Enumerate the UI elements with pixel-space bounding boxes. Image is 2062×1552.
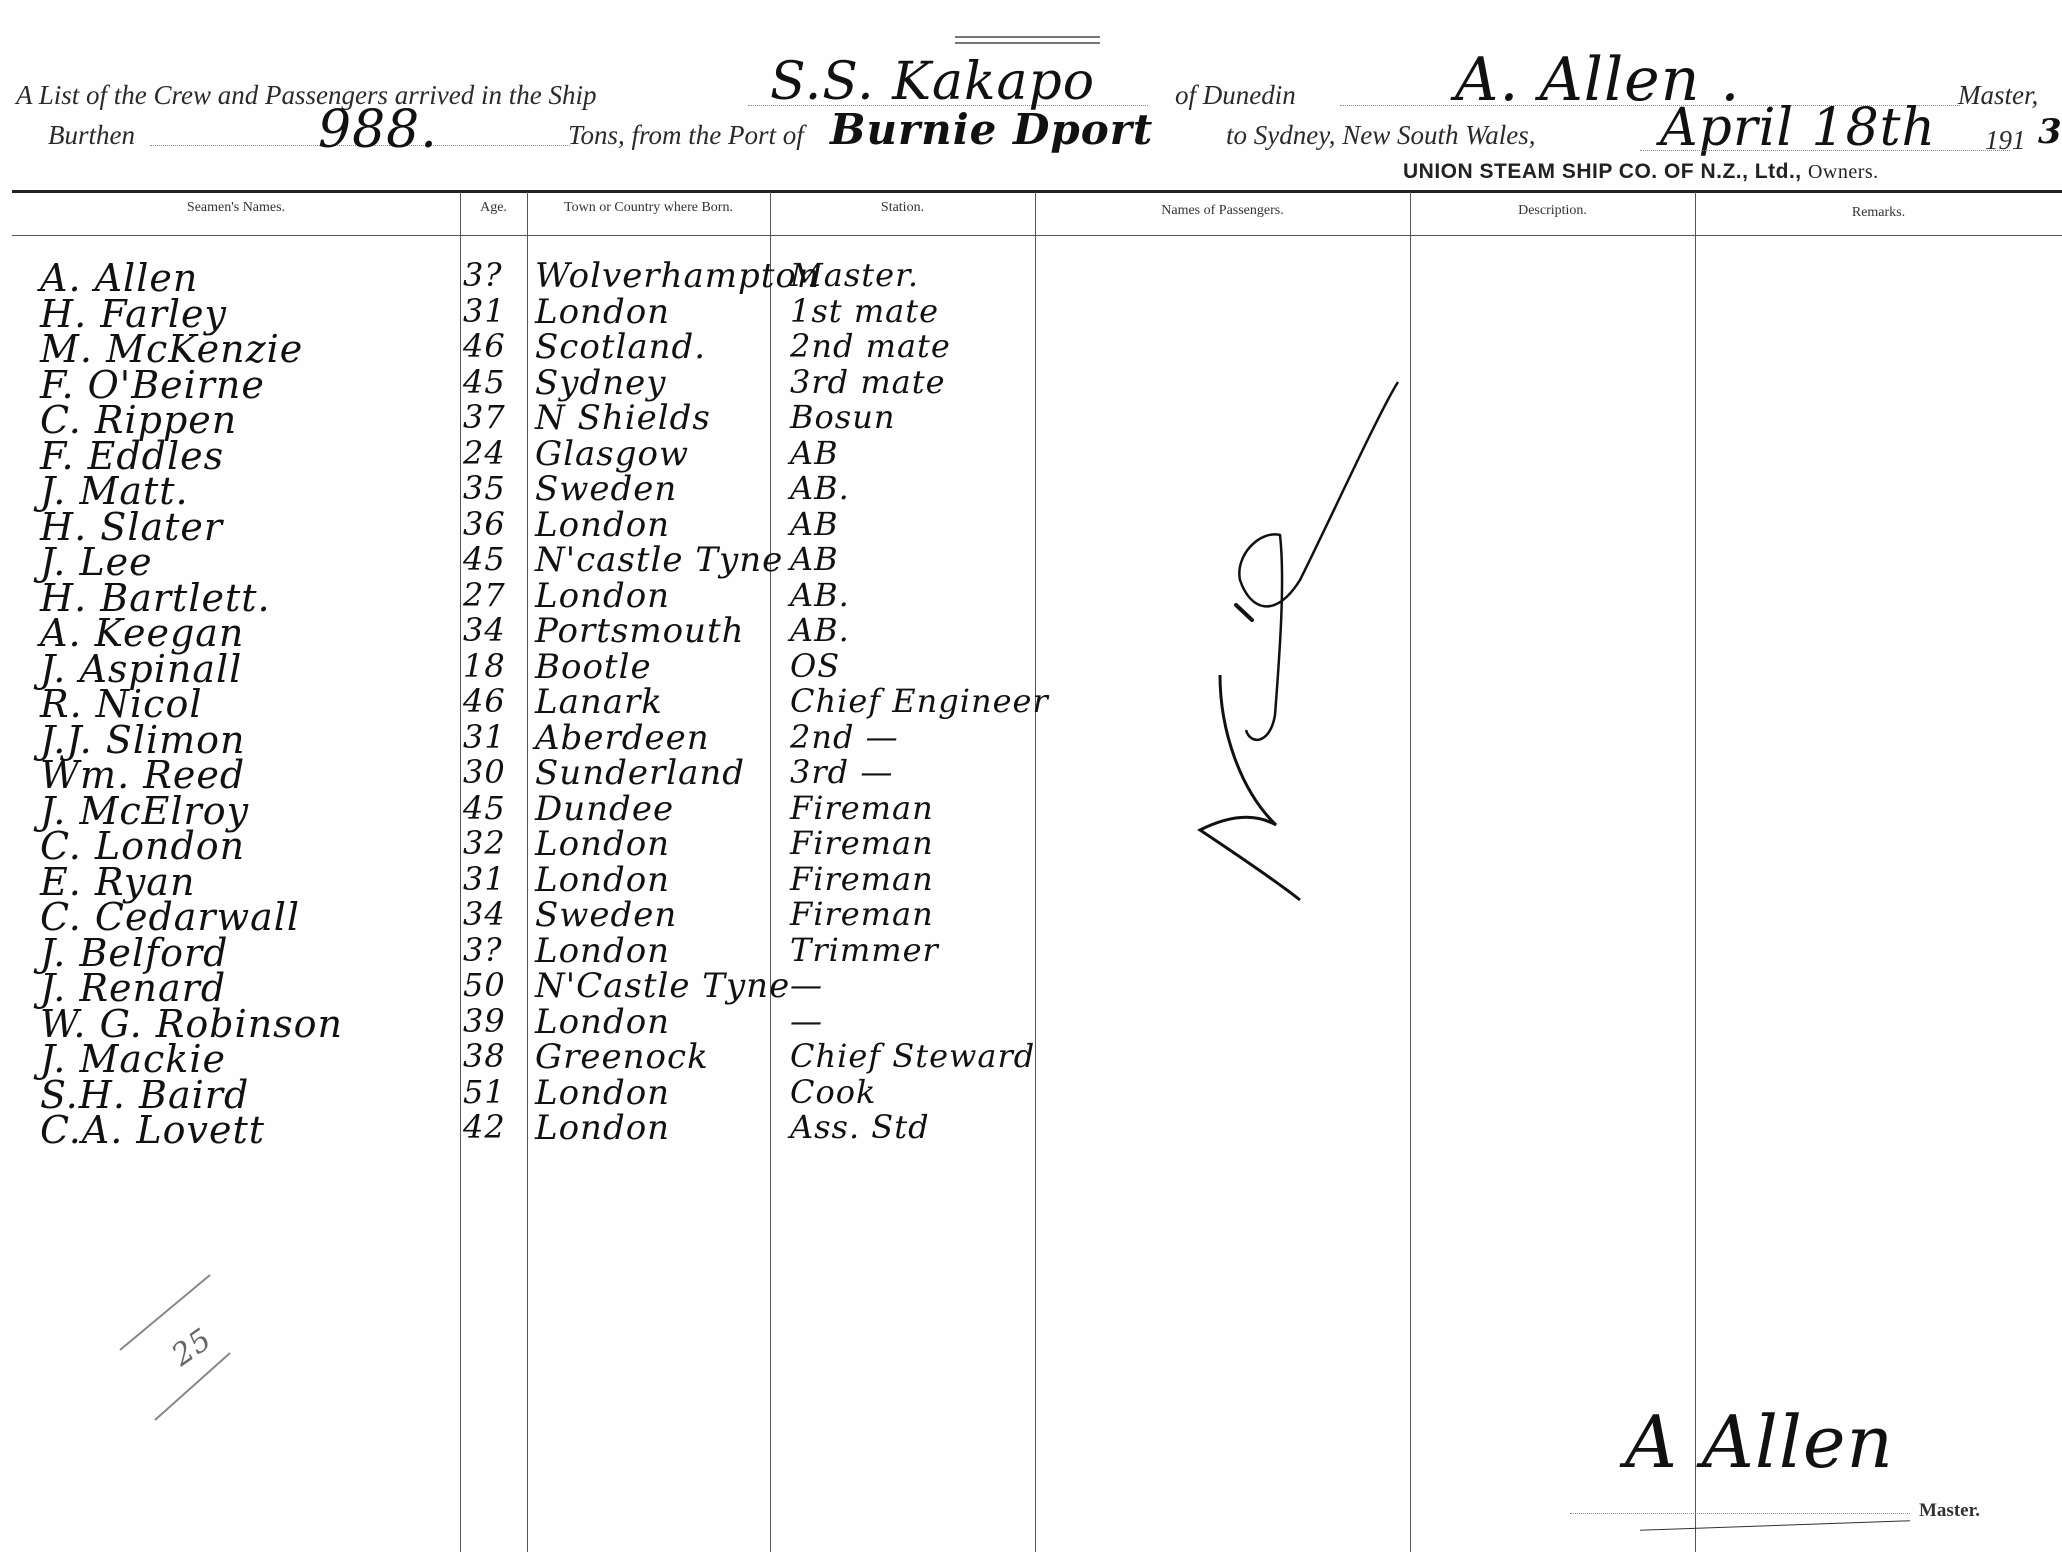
passengers-nil-scrawl xyxy=(1180,370,1440,1090)
crew-passenger-list-document: A List of the Crew and Passengers arrive… xyxy=(0,0,2062,1552)
crew-age: 35 xyxy=(463,469,506,507)
year-prefix: 191 xyxy=(1985,125,2026,156)
date-underline xyxy=(1640,150,2010,151)
column-header-station: Station. xyxy=(770,200,1035,216)
crew-age: 45 xyxy=(463,540,506,578)
signature-underline xyxy=(1570,1513,1910,1514)
crew-town-born: N Shields xyxy=(535,398,711,438)
crew-town-born: Sweden xyxy=(535,895,677,935)
owners-company: UNION STEAM SHIP CO. OF N.Z., Ltd., xyxy=(1403,160,1802,183)
crew-age: 30 xyxy=(463,753,506,791)
crew-town-born: London xyxy=(535,1073,670,1113)
crew-town-born: Glasgow xyxy=(535,434,689,474)
crew-town-born: N'Castle Tyne xyxy=(535,966,790,1006)
crew-station: Chief Steward xyxy=(790,1037,1035,1075)
column-divider xyxy=(527,192,528,1552)
column-header-town-born: Town or Country where Born. xyxy=(527,200,770,216)
crew-town-born: London xyxy=(535,931,670,971)
year-suffix: 3 xyxy=(2038,112,2062,152)
crew-station: AB xyxy=(790,505,839,543)
crew-town-born: Lanark xyxy=(535,682,663,722)
crew-station: 2nd — xyxy=(790,718,899,756)
crew-town-born: Dundee xyxy=(535,789,674,829)
port-of-registry: of Dunedin xyxy=(1175,80,1296,111)
signature-underline-stroke xyxy=(1640,1520,1910,1530)
column-header-description: Description. xyxy=(1410,203,1695,219)
crew-town-born: Sunderland xyxy=(535,753,745,793)
crew-age: 31 xyxy=(463,860,506,898)
ship-name: S.S. Kakapo xyxy=(770,52,1095,112)
crew-station: — xyxy=(790,1002,823,1040)
table-top-rule xyxy=(12,190,2062,193)
crew-town-born: Portsmouth xyxy=(535,611,745,651)
crew-age: 51 xyxy=(463,1073,506,1111)
crew-age: 45 xyxy=(463,363,506,401)
footer-master-label: Master. xyxy=(1919,1500,1980,1522)
tons-from-label: Tons, from the Port of xyxy=(568,120,804,151)
column-header-remarks: Remarks. xyxy=(1695,205,2062,221)
crew-station: Master. xyxy=(790,256,919,294)
column-divider xyxy=(1035,192,1036,1552)
port-from: Burnie Dport xyxy=(830,105,1153,154)
crew-age: 31 xyxy=(463,718,506,756)
crew-town-born: Wolverhampton xyxy=(535,256,820,296)
crew-station: AB xyxy=(790,434,839,472)
crew-station: AB. xyxy=(790,611,850,649)
crew-station: 3rd — xyxy=(790,753,893,791)
crew-town-born: Greenock xyxy=(535,1037,709,1077)
crew-station: Trimmer xyxy=(790,931,939,969)
crew-station: 2nd mate xyxy=(790,327,951,365)
crew-station: AB. xyxy=(790,469,850,507)
crew-town-born: London xyxy=(535,576,670,616)
crew-age: 34 xyxy=(463,895,506,933)
crew-station: AB. xyxy=(790,576,850,614)
crew-station: Cook xyxy=(790,1073,876,1111)
crew-name: C.A. Lovett xyxy=(40,1108,265,1152)
burthen-tons: 988. xyxy=(318,100,438,160)
crew-age: 38 xyxy=(463,1037,506,1075)
burthen-label: Burthen xyxy=(48,120,135,151)
crew-town-born: Aberdeen xyxy=(535,718,710,758)
crew-station: OS xyxy=(790,647,840,685)
crew-station: 3rd mate xyxy=(790,363,946,401)
crew-age: 24 xyxy=(463,434,506,472)
header-line1-prefix: A List of the Crew and Passengers arrive… xyxy=(16,80,597,111)
crew-station: Bosun xyxy=(790,398,895,436)
crew-age: 31 xyxy=(463,292,506,330)
column-divider xyxy=(770,192,771,1552)
crew-station: Fireman xyxy=(790,895,934,933)
master-signature: A Allen xyxy=(1625,1400,1894,1484)
crew-station: Ass. Std xyxy=(790,1108,930,1146)
crew-age: 46 xyxy=(463,682,506,720)
crew-town-born: Sydney xyxy=(535,363,667,403)
crew-station: 1st mate xyxy=(790,292,939,330)
crew-age: 37 xyxy=(463,398,506,436)
column-divider xyxy=(460,192,461,1552)
crew-town-born: London xyxy=(535,824,670,864)
crew-town-born: London xyxy=(535,292,670,332)
crew-town-born: London xyxy=(535,505,670,545)
column-divider xyxy=(1695,192,1696,1552)
master-label: Master, xyxy=(1958,80,2038,111)
crew-town-born: N'castle Tyne xyxy=(535,540,783,580)
crew-age: 45 xyxy=(463,789,506,827)
crew-town-born: Sweden xyxy=(535,469,677,509)
crew-station: Fireman xyxy=(790,860,934,898)
owners-label: Owners. xyxy=(1808,161,1879,183)
crew-station: Fireman xyxy=(790,824,934,862)
crew-age: 34 xyxy=(463,611,506,649)
owners-line: UNION STEAM SHIP CO. OF N.Z., Ltd., Owne… xyxy=(1403,160,1879,184)
crew-age: 46 xyxy=(463,327,506,365)
crew-town-born: Scotland. xyxy=(535,327,706,367)
crew-age: 18 xyxy=(463,647,506,685)
crew-town-born: London xyxy=(535,860,670,900)
column-header-seamens-names: Seamen's Names. xyxy=(12,200,460,216)
destination-label: to Sydney, New South Wales, xyxy=(1226,120,1535,151)
crew-age: 3? xyxy=(463,256,503,294)
crew-station: AB xyxy=(790,540,839,578)
crew-town-born: London xyxy=(535,1108,670,1148)
arrival-date: April 18th xyxy=(1660,98,1936,158)
crew-age: 36 xyxy=(463,505,506,543)
column-header-passenger-names: Names of Passengers. xyxy=(1035,203,1410,219)
crew-station: Fireman xyxy=(790,789,934,827)
crew-age: 27 xyxy=(463,576,506,614)
table-header-rule xyxy=(12,235,2062,236)
crew-town-born: London xyxy=(535,1002,670,1042)
crew-station: Chief Engineer xyxy=(790,682,1049,720)
top-double-rule xyxy=(955,36,1100,44)
crew-age: 50 xyxy=(463,966,506,1004)
crew-age: 42 xyxy=(463,1108,506,1146)
crew-town-born: Bootle xyxy=(535,647,652,687)
crew-age: 32 xyxy=(463,824,506,862)
crew-age: 39 xyxy=(463,1002,506,1040)
crew-station: — xyxy=(790,966,823,1004)
crew-age: 3? xyxy=(463,931,503,969)
column-header-age: Age. xyxy=(460,200,527,216)
